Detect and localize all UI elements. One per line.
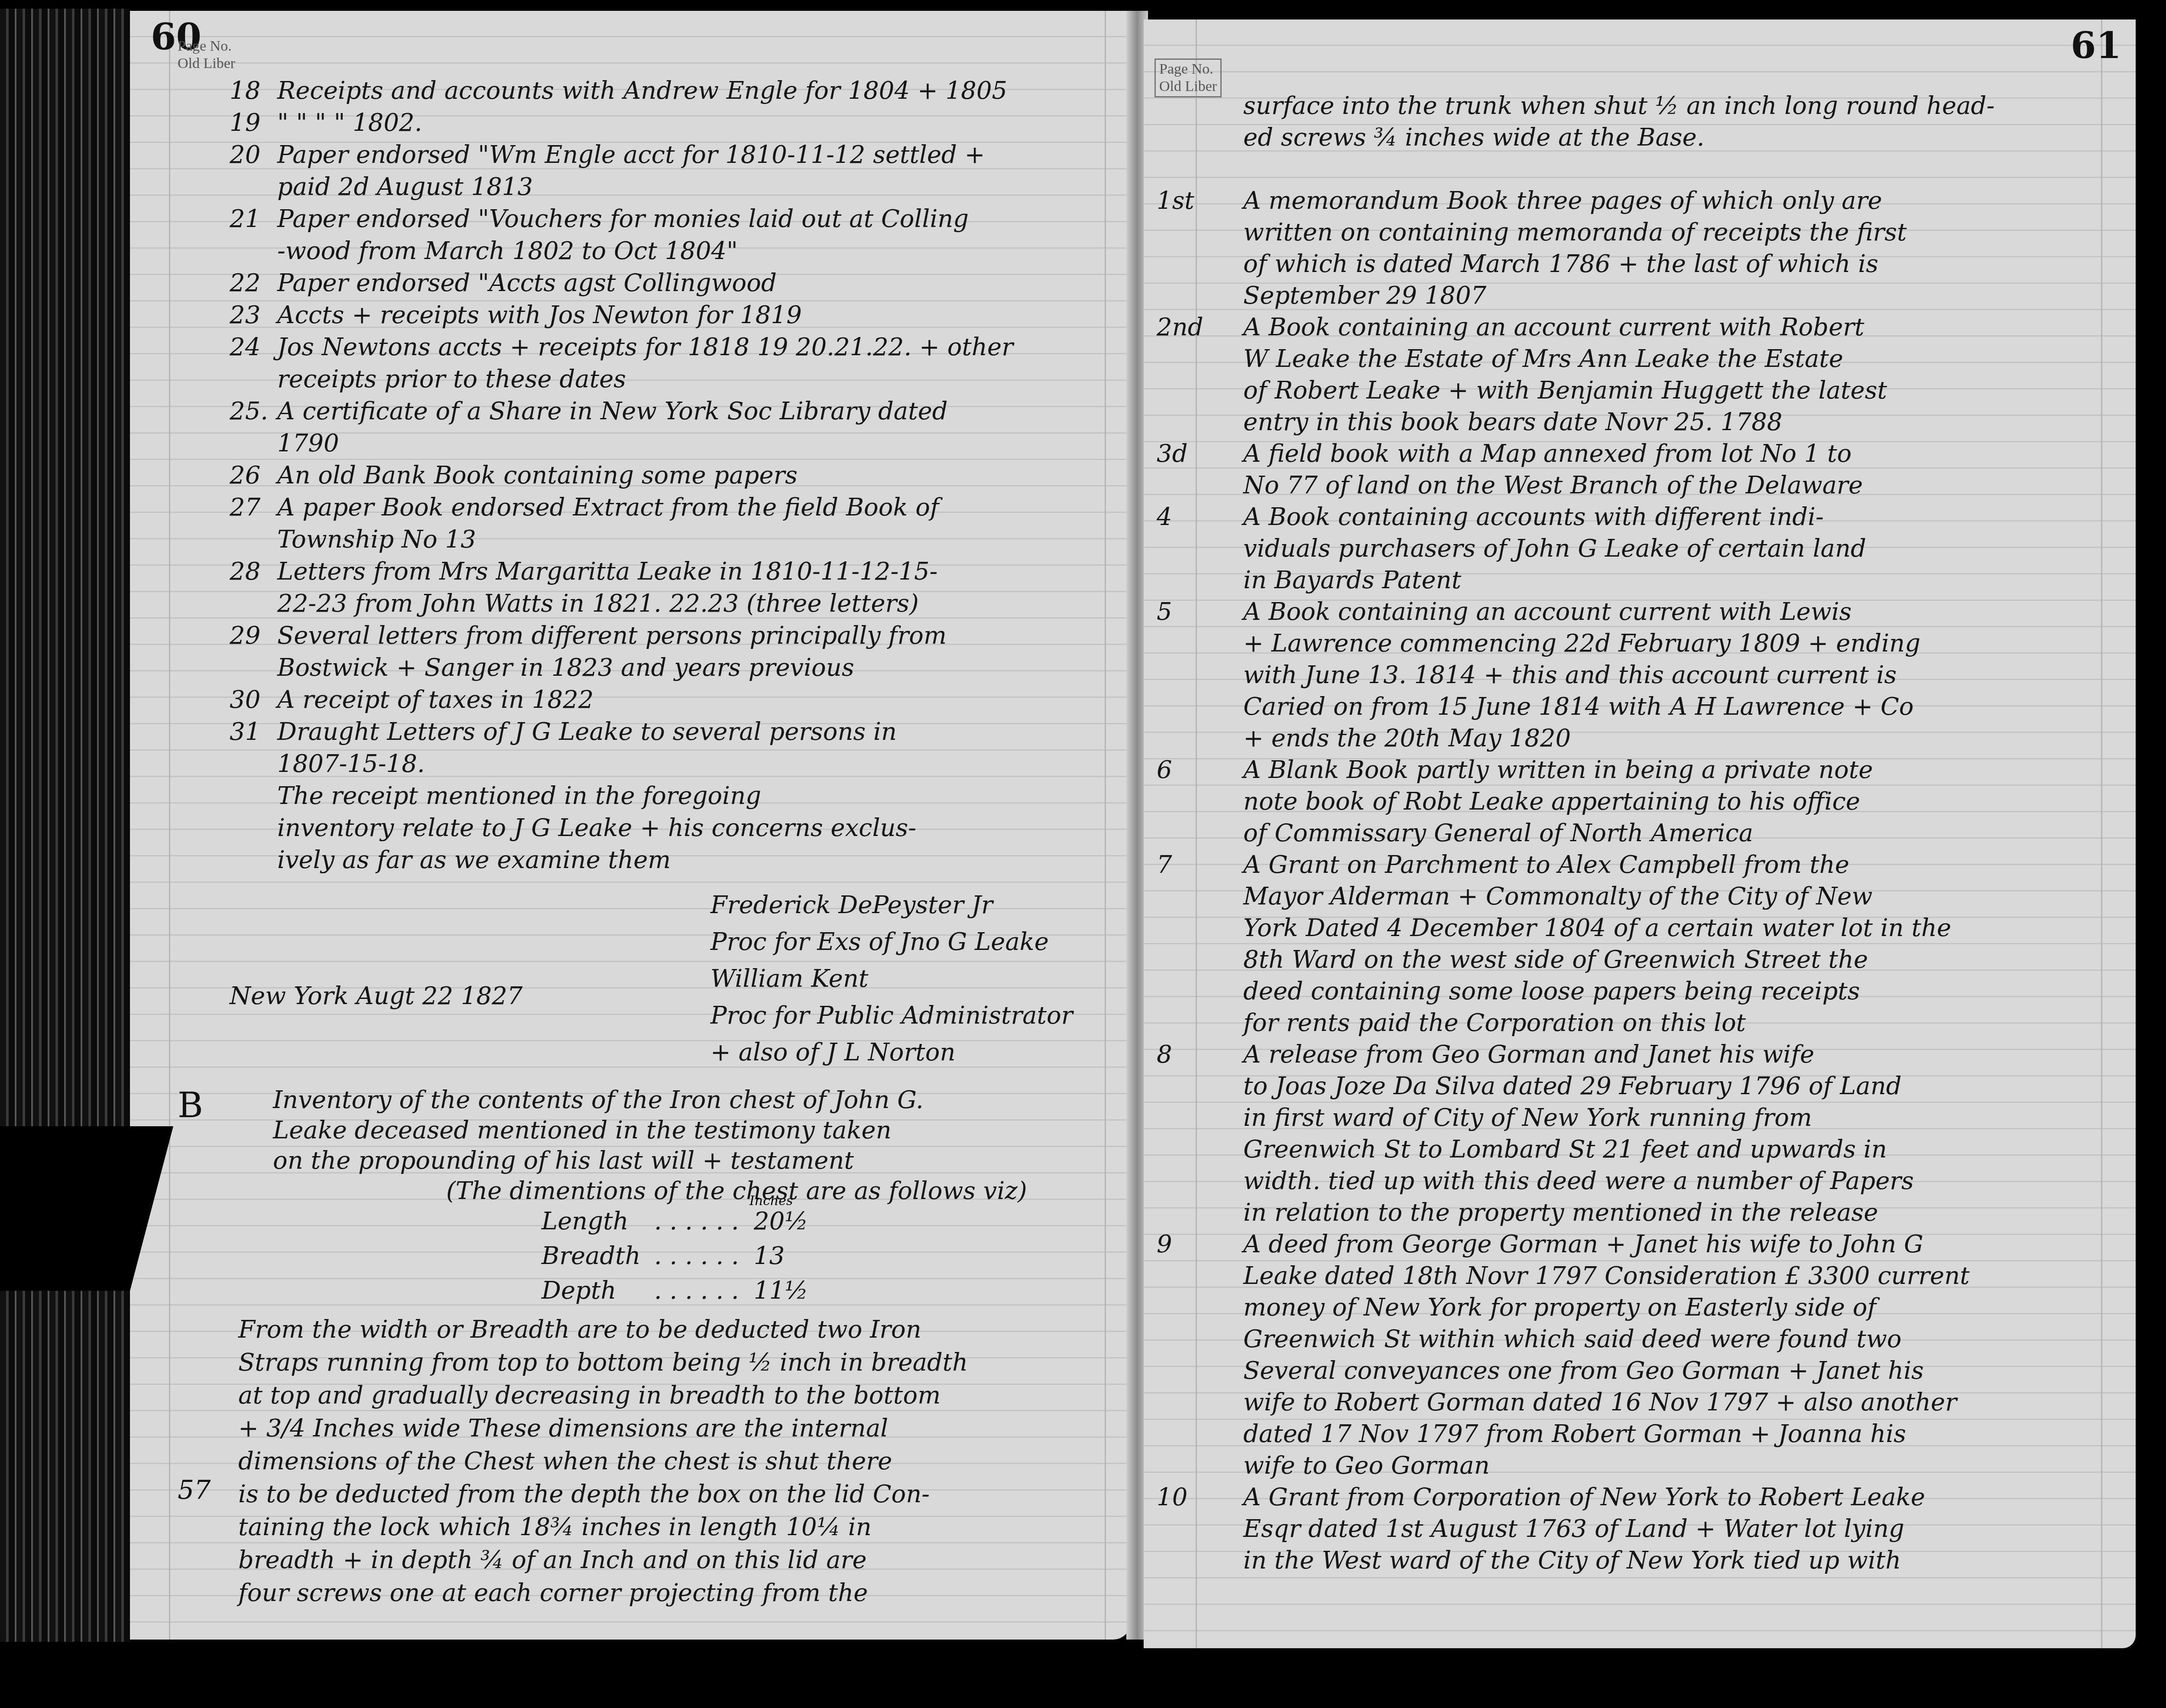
entry-text: is to be deducted from the depth the box… (238, 1479, 930, 1510)
entry-text: York Dated 4 December 1804 of a certain … (1243, 913, 1951, 943)
entry-text: written on containing memoranda of recei… (1243, 217, 1907, 248)
entry-text: on the propounding of his last will + te… (273, 1146, 854, 1176)
ledger-line: Township No 13 (230, 525, 1113, 555)
page-number: 61 (2071, 24, 2121, 67)
entry-text: A Book containing an account current wit… (1243, 312, 1864, 343)
ledger-line: Straps running from top to bottom being … (238, 1348, 1105, 1378)
ledger-line: 22-23 from John Watts in 1821. 22.23 (th… (230, 589, 1113, 619)
ledger-line: width. tied up with this deed were a num… (1157, 1166, 2110, 1196)
ledger-line: of which is dated March 1786 + the last … (1157, 249, 2110, 279)
entry-number: 1st (1157, 186, 1213, 216)
dimension-value: 20½ (754, 1206, 808, 1237)
entry-text: paid 2d August 1813 (277, 172, 533, 202)
ledger-line: taining the lock which 18¾ inches in len… (238, 1512, 1105, 1543)
ledger-line: (The dimentions of the chest are as foll… (273, 1176, 1118, 1206)
entry-text: Jos Newtons accts + receipts for 1818 19… (277, 332, 1013, 363)
entry-text: A paper Book endorsed Extract from the f… (277, 493, 939, 523)
dimension-row: Breadth. . . . . .13 (541, 1241, 888, 1271)
entry-text: at top and gradually decreasing in bread… (238, 1381, 940, 1411)
ledger-line: dimensions of the Chest when the chest i… (238, 1446, 1105, 1477)
ledger-line: Bostwick + Sanger in 1823 and years prev… (230, 653, 1113, 683)
ledger-line: inventory relate to J G Leake + his conc… (230, 813, 1113, 843)
ledger-line: W Leake the Estate of Mrs Ann Leake the … (1157, 344, 2110, 374)
ledger-line: 31Draught Letters of J G Leake to severa… (230, 717, 1113, 747)
ledger-line: 30A receipt of taxes in 1822 (230, 685, 1113, 715)
entry-text: William Kent (710, 964, 869, 994)
ledger-line: of Robert Leake + with Benjamin Huggett … (1157, 376, 2110, 406)
ledger-line: in the West ward of the City of New York… (1157, 1546, 2110, 1576)
ledger-line: 5A Book containing an account current wi… (1157, 597, 2110, 627)
entry-text: " " " " 1802. (277, 108, 422, 138)
ledger-line: 18Receipts and accounts with Andrew Engl… (230, 76, 1113, 106)
entry-text: Accts + receipts with Jos Newton for 181… (277, 300, 802, 331)
entry-number: 5 (1157, 597, 1213, 627)
entry-text: A memorandum Book three pages of which o… (1243, 186, 1882, 216)
entry-text: 1790 (277, 428, 339, 459)
ledger-line: 22Paper endorsed "Accts agst Collingwood (230, 268, 1113, 298)
ledger-line: 28Letters from Mrs Margaritta Leake in 1… (230, 557, 1113, 587)
ledger-line (1157, 154, 2110, 185)
entry-text: Frederick DePeyster Jr (710, 890, 993, 920)
ledger-line: + Lawrence commencing 22d February 1809 … (1157, 629, 2110, 659)
entry-text: An old Bank Book containing some papers (277, 460, 798, 491)
dimension-row: Depth. . . . . .11½ (541, 1276, 888, 1306)
ledger-line: 27A paper Book endorsed Extract from the… (230, 493, 1113, 523)
ledger-line: No 77 of land on the West Branch of the … (1157, 470, 2110, 501)
entry-text: Leake dated 18th Novr 1797 Consideration… (1243, 1261, 1970, 1291)
ledger-line: paid 2d August 1813 (230, 172, 1113, 202)
ledger-line: York Dated 4 December 1804 of a certain … (1157, 913, 2110, 943)
entry-text: ively as far as we examine them (277, 845, 671, 875)
ledger-line: entry in this book bears date Novr 25. 1… (1157, 407, 2110, 438)
ledger-line: for rents paid the Corporation on this l… (1157, 1008, 2110, 1038)
entry-text: taining the lock which 18¾ inches in len… (238, 1512, 872, 1543)
ledger-line: 1stA memorandum Book three pages of whic… (1157, 186, 2110, 216)
entry-text: + 3/4 Inches wide These dimensions are t… (238, 1413, 888, 1444)
entry-text: From the width or Breadth are to be dedu… (238, 1315, 921, 1345)
entry-text: Paper endorsed "Wm Engle acct for 1810-1… (277, 140, 985, 170)
ledger-line: at top and gradually decreasing in bread… (238, 1381, 1105, 1411)
entry-text: to Joas Joze Da Silva dated 29 February … (1243, 1071, 1902, 1102)
ledger-line: Esqr dated 1st August 1763 of Land + Wat… (1157, 1514, 2110, 1544)
entry-text: A deed from George Gorman + Janet his wi… (1243, 1229, 1923, 1260)
entry-text: A Blank Book partly written in being a p… (1243, 755, 1873, 785)
entry-text: The receipt mentioned in the foregoing (277, 781, 761, 811)
entry-text: in relation to the property mentioned in… (1243, 1198, 1878, 1228)
leader-dots: . . . . . . (654, 1241, 739, 1271)
ledger-line: Inventory of the contents of the Iron ch… (273, 1085, 1118, 1115)
entry-text: breadth + in depth ¾ of an Inch and on t… (238, 1545, 867, 1575)
entry-text: (The dimentions of the chest are as foll… (446, 1176, 1027, 1206)
dimension-value: 13 (754, 1241, 785, 1271)
ledger-line: 4A Book containing accounts with differe… (1157, 502, 2110, 532)
ledger-line: of Commissary General of North America (1157, 818, 2110, 849)
ledger-page-left: 60 Page No. Old Liber 18Receipts and acc… (130, 11, 1131, 1640)
entry-text: width. tied up with this deed were a num… (1243, 1166, 1914, 1196)
ledger-line: 9A deed from George Gorman + Janet his w… (1157, 1229, 2110, 1260)
ledger-line: dated 17 Nov 1797 from Robert Gorman + J… (1157, 1419, 2110, 1449)
ledger-line: wife to Geo Gorman (1157, 1451, 2110, 1481)
ledger-line: deed containing some loose papers being … (1157, 976, 2110, 1007)
entry-text: ed screws ¾ inches wide at the Base. (1243, 123, 1705, 153)
ledger-line: 10A Grant from Corporation of New York t… (1157, 1482, 2110, 1513)
ledger-line: money of New York for property on Easter… (1157, 1293, 2110, 1323)
book-binding-edge (0, 9, 130, 1642)
entry-text: Esqr dated 1st August 1763 of Land + Wat… (1243, 1514, 1904, 1544)
entry-text: of Commissary General of North America (1243, 818, 1753, 849)
ledger-line: Greenwich St within which said deed were… (1157, 1324, 2110, 1355)
ledger-line: surface into the trunk when shut ½ an in… (1157, 91, 2110, 121)
entry-text: 8th Ward on the west side of Greenwich S… (1243, 945, 1868, 975)
ledger-line: is to be deducted from the depth the box… (238, 1479, 1105, 1510)
ledger-line: in first ward of City of New York runnin… (1157, 1103, 2110, 1133)
entry-text: Letters from Mrs Margaritta Leake in 181… (277, 557, 938, 587)
ledger-line: receipts prior to these dates (230, 364, 1113, 395)
entry-text: 22-23 from John Watts in 1821. 22.23 (th… (277, 589, 919, 619)
ledger-line: note book of Robt Leake appertaining to … (1157, 787, 2110, 817)
ledger-line: viduals purchasers of John G Leake of ce… (1157, 534, 2110, 564)
entry-text: No 77 of land on the West Branch of the … (1243, 470, 1863, 501)
ledger-line: 19" " " " 1802. (230, 108, 1113, 138)
ledger-line: 8th Ward on the west side of Greenwich S… (1157, 945, 2110, 975)
ledger-line: written on containing memoranda of recei… (1157, 217, 2110, 248)
entry-text: Straps running from top to bottom being … (238, 1348, 968, 1378)
entry-text: in Bayards Patent (1243, 565, 1461, 596)
ledger-line: on the propounding of his last will + te… (273, 1146, 1118, 1176)
entry-text: deed containing some loose papers being … (1243, 976, 1860, 1007)
entry-text: Greenwich St to Lombard St 21 feet and u… (1243, 1134, 1887, 1165)
ledger-line: 29Several letters from different persons… (230, 621, 1113, 651)
entry-text: Draught Letters of J G Leake to several … (277, 717, 897, 747)
ledger-line: -wood from March 1802 to Oct 1804" (230, 236, 1113, 266)
entry-text: note book of Robt Leake appertaining to … (1243, 787, 1860, 817)
ledger-line: 21Paper endorsed "Vouchers for monies la… (230, 204, 1113, 234)
ledger-line: Greenwich St to Lombard St 21 feet and u… (1157, 1134, 2110, 1165)
entry-text: Greenwich St within which said deed were… (1243, 1324, 1902, 1355)
place-date: New York Augt 22 1827 (230, 981, 522, 1011)
entry-number: 8 (1157, 1040, 1213, 1070)
entry-number: 2nd (1157, 312, 1213, 343)
entry-text: Caried on from 15 June 1814 with A H Law… (1243, 692, 1913, 722)
dimension-value: 11½ (754, 1276, 808, 1306)
ledger-line: 1807-15-18. (230, 749, 1113, 779)
ledger-line: four screws one at each corner projectin… (238, 1578, 1105, 1608)
entry-text: receipts prior to these dates (277, 364, 626, 395)
ledger-line: Caried on from 15 June 1814 with A H Law… (1157, 692, 2110, 722)
dimension-row: Length. . . . . .20½ (541, 1206, 888, 1237)
entry-text: A field book with a Map annexed from lot… (1243, 439, 1851, 469)
entry-text: dated 17 Nov 1797 from Robert Gorman + J… (1243, 1419, 1906, 1449)
ledger-line: September 29 1807 (1157, 281, 2110, 311)
ledger-line: The receipt mentioned in the foregoing (230, 781, 1113, 811)
entry-text: of which is dated March 1786 + the last … (1243, 249, 1878, 279)
entry-text: A receipt of taxes in 1822 (277, 685, 593, 715)
entry-text: viduals purchasers of John G Leake of ce… (1243, 534, 1866, 564)
old-liber-stamp: Page No. Old Liber (178, 38, 235, 72)
ledger-page-right: 61 Page No. Old Liber surface into the t… (1144, 19, 2136, 1648)
entry-text: with June 13. 1814 + this and this accou… (1243, 660, 1897, 690)
margin-note: 57 (178, 1475, 211, 1505)
entry-text: -wood from March 1802 to Oct 1804" (277, 236, 738, 266)
entry-text: A release from Geo Gorman and Janet his … (1243, 1040, 1814, 1070)
entry-text: Paper endorsed "Accts agst Collingwood (277, 268, 777, 298)
ledger-line: Leake deceased mentioned in the testimon… (273, 1115, 1118, 1146)
ledger-line: 1790 (230, 428, 1113, 459)
entry-text: in first ward of City of New York runnin… (1243, 1103, 1812, 1133)
entry-text: in the West ward of the City of New York… (1243, 1546, 1901, 1576)
ledger-line: with June 13. 1814 + this and this accou… (1157, 660, 2110, 690)
ledger-line: Leake dated 18th Novr 1797 Consideration… (1157, 1261, 2110, 1291)
entry-text: + Lawrence commencing 22d February 1809 … (1243, 629, 1920, 659)
ledger-line: 25.A certificate of a Share in New York … (230, 396, 1113, 427)
ledger-line: in relation to the property mentioned in… (1157, 1198, 2110, 1228)
entry-text: surface into the trunk when shut ½ an in… (1243, 91, 1994, 121)
entry-text: wife to Geo Gorman (1243, 1451, 1490, 1481)
ledger-line: breadth + in depth ¾ of an Inch and on t… (238, 1545, 1105, 1575)
entry-text: W Leake the Estate of Mrs Ann Leake the … (1243, 344, 1843, 374)
entry-text: Several letters from different persons p… (277, 621, 947, 651)
entry-text: Leake deceased mentioned in the testimon… (273, 1115, 892, 1146)
ledger-line: 3dA field book with a Map annexed from l… (1157, 439, 2110, 469)
entry-text: inventory relate to J G Leake + his conc… (277, 813, 916, 843)
entry-text: A Grant from Corporation of New York to … (1243, 1482, 1925, 1513)
ledger-line: 24Jos Newtons accts + receipts for 1818 … (230, 332, 1113, 363)
margin-rule (169, 11, 170, 1640)
entry-text: wife to Robert Gorman dated 16 Nov 1797 … (1243, 1387, 1957, 1418)
ledger-line: From the width or Breadth are to be dedu… (238, 1315, 1105, 1345)
entry-text: + ends the 20th May 1820 (1243, 723, 1571, 754)
entry-number: 4 (1157, 502, 1213, 532)
ledger-line: 20Paper endorsed "Wm Engle acct for 1810… (230, 140, 1113, 170)
section-marker: B (178, 1085, 203, 1125)
leader-dots: . . . . . . (654, 1276, 739, 1306)
ledger-line: Mayor Alderman + Commonalty of the City … (1157, 882, 2110, 912)
ledger-line: + ends the 20th May 1820 (1157, 723, 2110, 754)
ledger-line: 7A Grant on Parchment to Alex Campbell f… (1157, 850, 2110, 880)
entry-text: Paper endorsed "Vouchers for monies laid… (277, 204, 969, 234)
entry-number: 6 (1157, 755, 1213, 785)
entry-text: Inventory of the contents of the Iron ch… (273, 1085, 924, 1115)
entry-text: A certificate of a Share in New York Soc… (277, 396, 948, 427)
leader-dots: . . . . . . (654, 1206, 739, 1237)
ledger-line: + 3/4 Inches wide These dimensions are t… (238, 1413, 1105, 1444)
ledger-line: in Bayards Patent (1157, 565, 2110, 596)
ledger-line: ively as far as we examine them (230, 845, 1113, 875)
dimension-label: Breadth (541, 1241, 641, 1271)
entry-text: Receipts and accounts with Andrew Engle … (277, 76, 1007, 106)
entry-text: four screws one at each corner projectin… (238, 1578, 868, 1608)
ledger-line: to Joas Joze Da Silva dated 29 February … (1157, 1071, 2110, 1102)
entry-number: 3d (1157, 439, 1213, 469)
entry-text: A Book containing an account current wit… (1243, 597, 1851, 627)
ledger-line: Several conveyances one from Geo Gorman … (1157, 1356, 2110, 1386)
entry-text: dimensions of the Chest when the chest i… (238, 1446, 892, 1477)
entry-text: Bostwick + Sanger in 1823 and years prev… (277, 653, 854, 683)
entry-text: A Grant on Parchment to Alex Campbell fr… (1243, 850, 1849, 880)
entry-number: 9 (1157, 1229, 1213, 1260)
entry-text: money of New York for property on Easter… (1243, 1293, 1876, 1323)
entry-text: Several conveyances one from Geo Gorman … (1243, 1356, 1924, 1386)
entry-text: for rents paid the Corporation on this l… (1243, 1008, 1746, 1038)
entry-number: 7 (1157, 850, 1213, 880)
entry-text: Township No 13 (277, 525, 476, 555)
dimension-label: Length (541, 1206, 629, 1237)
ledger-line: ed screws ¾ inches wide at the Base. (1157, 123, 2110, 153)
entry-text: Proc for Exs of Jno G Leake (710, 927, 1049, 957)
entry-text: of Robert Leake + with Benjamin Huggett … (1243, 376, 1887, 406)
entry-number: 10 (1157, 1482, 1213, 1513)
entry-text: September 29 1807 (1243, 281, 1486, 311)
entry-text: Proc for Public Administrator (710, 1001, 1073, 1031)
ledger-line: 23Accts + receipts with Jos Newton for 1… (230, 300, 1113, 331)
ledger-line: wife to Robert Gorman dated 16 Nov 1797 … (1157, 1387, 2110, 1418)
entry-text: A Book containing accounts with differen… (1243, 502, 1824, 532)
entry-text: entry in this book bears date Novr 25. 1… (1243, 407, 1782, 438)
entry-text: 1807-15-18. (277, 749, 425, 779)
ledger-line: 26An old Bank Book containing some paper… (230, 460, 1113, 491)
dimension-label: Depth (541, 1276, 616, 1306)
ledger-line: 8A release from Geo Gorman and Janet his… (1157, 1040, 2110, 1070)
ledger-line: 6A Blank Book partly written in being a … (1157, 755, 2110, 785)
entry-text: Mayor Alderman + Commonalty of the City … (1243, 882, 1872, 912)
ledger-line: 2ndA Book containing an account current … (1157, 312, 2110, 343)
entry-text: + also of J L Norton (710, 1037, 956, 1068)
